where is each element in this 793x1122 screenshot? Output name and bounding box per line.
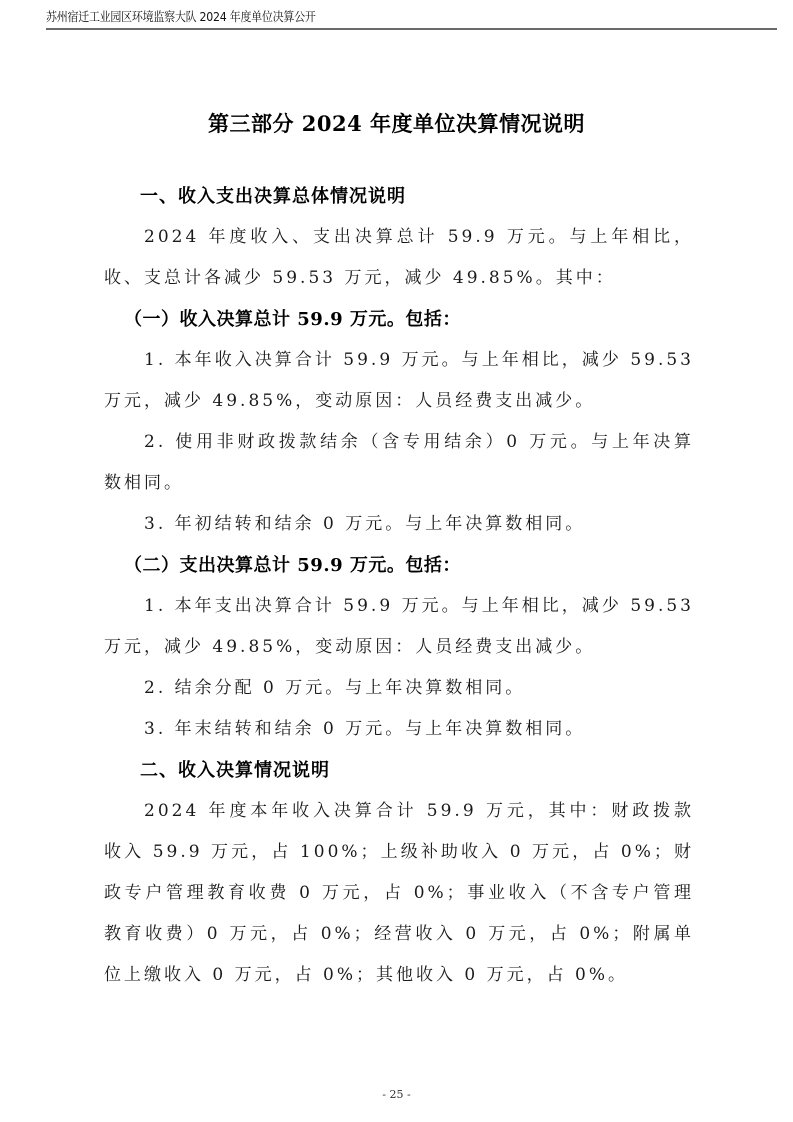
section-2-intro: 2024 年度本年收入决算合计 59.9 万元，其中：财政拨款收入 59.9 万…	[104, 791, 694, 996]
page-number: - 25 -	[0, 1088, 793, 1101]
income-item-3: 3. 年初结转和结余 0 万元。与上年决算数相同。	[104, 504, 694, 545]
document-body: 一、收入支出决算总体情况说明 2024 年度收入、支出决算总计 59.9 万元。…	[104, 176, 694, 996]
section-1-intro: 2024 年度收入、支出决算总计 59.9 万元。与上年相比，收、支总计各减少 …	[104, 217, 694, 299]
income-item-2: 2. 使用非财政拨款结余（含专用结余）0 万元。与上年决算数相同。	[104, 422, 694, 504]
subsection-heading-income: （一）收入决算总计 59.9 万元。包括：	[104, 299, 694, 340]
income-item-1: 1. 本年收入决算合计 59.9 万元。与上年相比，减少 59.53 万元，减少…	[104, 340, 694, 422]
expense-item-3: 3. 年末结转和结余 0 万元。与上年决算数相同。	[104, 709, 694, 750]
page-title: 第三部分 2024 年度单位决算情况说明	[0, 108, 793, 138]
section-heading-1: 一、收入支出决算总体情况说明	[104, 176, 694, 217]
expense-item-1: 1. 本年支出决算合计 59.9 万元。与上年相比，减少 59.53 万元，减少…	[104, 586, 694, 668]
header-divider	[46, 28, 777, 30]
section-heading-2: 二、收入决算情况说明	[104, 750, 694, 791]
expense-item-2: 2. 结余分配 0 万元。与上年决算数相同。	[104, 668, 694, 709]
subsection-heading-expense: （二）支出决算总计 59.9 万元。包括：	[104, 545, 694, 586]
running-header: 苏州宿迁工业园区环境监察大队 2024 年度单位决算公开	[46, 8, 689, 26]
